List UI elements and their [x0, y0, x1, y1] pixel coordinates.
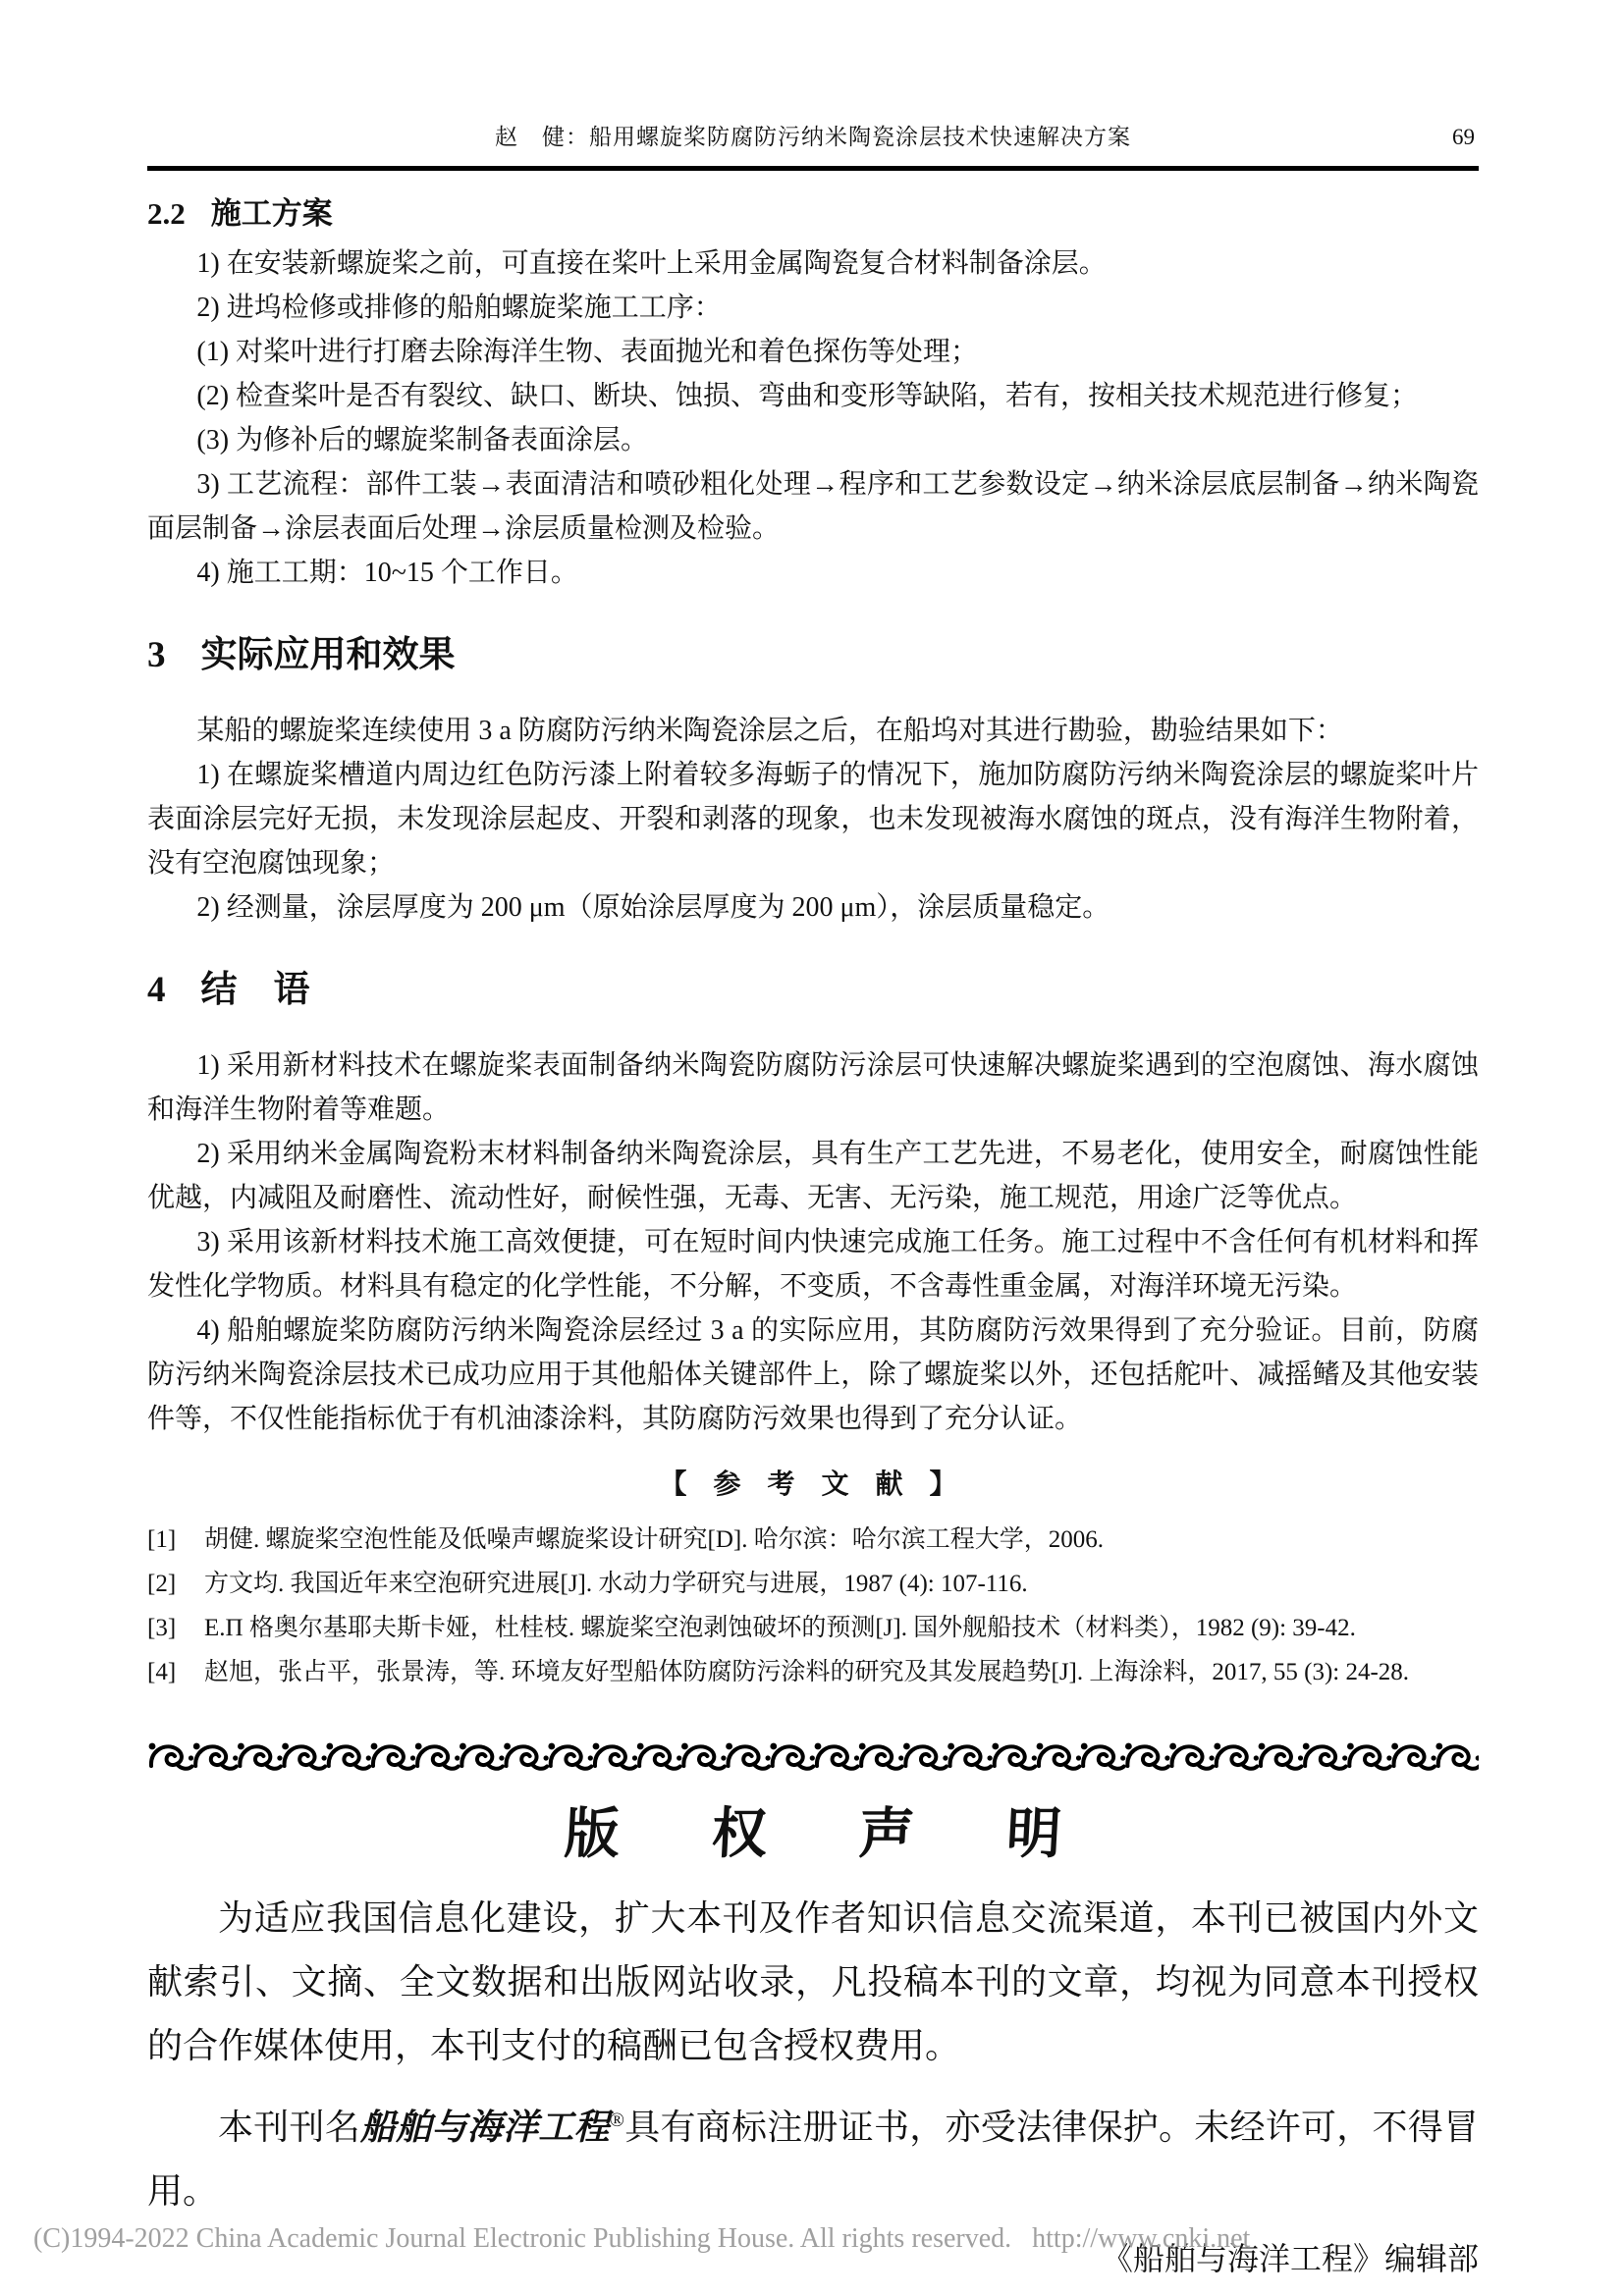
section-heading-4: 4 结 语 [147, 967, 1479, 1014]
copyright-paragraph: 本刊刊名船舶与海洋工程®具有商标注册证书，亦受法律保护。未经许可，不得冒用。 [147, 2096, 1479, 2223]
reference-text: 方文均. 我国近年来空泡研究进展[J]. 水动力学研究与进展，1987 (4):… [204, 1562, 1479, 1606]
journal-page: 赵 健：船用螺旋桨防腐防污纳米陶瓷涂层技术快速解决方案 69 2.2 施工方案 … [0, 0, 1624, 2296]
paragraph: 4) 船舶螺旋桨防腐防污纳米陶瓷涂层经过 3 a 的实际应用，其防腐防污效果得到… [147, 1308, 1479, 1441]
paragraph: 2) 进坞检修或排修的船舶螺旋桨施工工序： [147, 286, 1479, 330]
running-head: 赵 健：船用螺旋桨防腐防污纳米陶瓷涂层技术快速解决方案 69 [147, 122, 1479, 153]
references-heading: 【 参 考 文 献 】 [147, 1465, 1479, 1506]
reference-item: [1] 胡健. 螺旋桨空泡性能及低噪声螺旋桨设计研究[D]. 哈尔滨：哈尔滨工程… [147, 1518, 1479, 1562]
reference-label: [2] [147, 1562, 204, 1606]
reference-text: 胡健. 螺旋桨空泡性能及低噪声螺旋桨设计研究[D]. 哈尔滨：哈尔滨工程大学，2… [204, 1518, 1479, 1562]
reference-label: [3] [147, 1606, 204, 1650]
copyright-paragraph: 为适应我国信息化建设，扩大本刊及作者知识信息交流渠道，本刊已被国内外文献索引、文… [147, 1887, 1479, 2078]
paragraph: 3) 采用该新材料技术施工高效便捷，可在短时间内快速完成施工任务。施工过程中不含… [147, 1220, 1479, 1308]
reference-item: [3] E.Π 格奥尔基耶夫斯卡娅，杜桂枝. 螺旋桨空泡剥蚀破坏的预测[J]. … [147, 1606, 1479, 1650]
paragraph: 1) 在螺旋桨槽道内周边红色防污漆上附着较多海蛎子的情况下，施加防腐防污纳米陶瓷… [147, 753, 1479, 885]
section-title: 实际应用和效果 [201, 632, 456, 679]
paragraph: 2) 采用纳米金属陶瓷粉末材料制备纳米陶瓷涂层，具有生产工艺先进，不易老化，使用… [147, 1132, 1479, 1220]
section-title: 结 语 [201, 967, 310, 1014]
section-number: 2.2 [147, 194, 186, 234]
copyright-text: 本刊刊名 [218, 2108, 360, 2147]
registered-trademark-icon: ® [610, 2109, 624, 2131]
ornament-border [147, 1735, 1479, 1779]
reference-item: [4] 赵旭，张占平，张景涛，等. 环境友好型船体防腐防污涂料的研究及其发展趋势… [147, 1650, 1479, 1694]
paragraph: 某船的螺旋桨连续使用 3 a 防腐防污纳米陶瓷涂层之后，在船坞对其进行勘验，勘验… [147, 709, 1479, 753]
references-list: [1] 胡健. 螺旋桨空泡性能及低噪声螺旋桨设计研究[D]. 哈尔滨：哈尔滨工程… [147, 1518, 1479, 1694]
swirl-ornament-icon [147, 1735, 1479, 1779]
reference-label: [1] [147, 1518, 204, 1562]
paragraph: (2) 检查桨叶是否有裂纹、缺口、断块、蚀损、弯曲和变形等缺陷，若有，按相关技术… [147, 374, 1479, 418]
reference-text: E.Π 格奥尔基耶夫斯卡娅，杜桂枝. 螺旋桨空泡剥蚀破坏的预测[J]. 国外舰船… [204, 1606, 1479, 1650]
section-heading-2-2: 2.2 施工方案 [147, 194, 1479, 234]
paragraph: (1) 对桨叶进行打磨去除海洋生物、表面抛光和着色探伤等处理； [147, 330, 1479, 374]
section-title: 施工方案 [211, 194, 333, 234]
running-title: 赵 健：船用螺旋桨防腐防污纳米陶瓷涂层技术快速解决方案 [147, 122, 1479, 153]
paragraph: 4) 施工工期：10~15 个工作日。 [147, 551, 1479, 595]
section-number: 3 [147, 632, 166, 679]
header-rule [147, 166, 1479, 171]
paragraph: (3) 为修补后的螺旋桨制备表面涂层。 [147, 418, 1479, 462]
paragraph: 2) 经测量，涂层厚度为 200 μm（原始涂层厚度为 200 μm），涂层质量… [147, 885, 1479, 930]
reference-text: 赵旭，张占平，张景涛，等. 环境友好型船体防腐防污涂料的研究及其发展趋势[J].… [204, 1650, 1479, 1694]
copyright-title: 版 权 声 明 [145, 1800, 1481, 1869]
paragraph: 1) 采用新材料技术在螺旋桨表面制备纳米陶瓷防腐防污涂层可快速解决螺旋桨遇到的空… [147, 1043, 1479, 1132]
paragraph: 3) 工艺流程：部件工装→表面清洁和喷砂粗化处理→程序和工艺参数设定→纳米涂层底… [147, 462, 1479, 551]
cnki-footer: (C)1994-2022 China Academic Journal Elec… [33, 2223, 1250, 2255]
reference-label: [4] [147, 1650, 204, 1694]
paragraph: 1) 在安装新螺旋桨之前，可直接在桨叶上采用金属陶瓷复合材料制备涂层。 [147, 241, 1479, 286]
section-number: 4 [147, 967, 166, 1014]
reference-item: [2] 方文均. 我国近年来空泡研究进展[J]. 水动力学研究与进展，1987 … [147, 1562, 1479, 1606]
page-number: 69 [1452, 122, 1475, 153]
section-heading-3: 3 实际应用和效果 [147, 632, 1479, 679]
journal-name: 船舶与海洋工程 [360, 2108, 610, 2147]
